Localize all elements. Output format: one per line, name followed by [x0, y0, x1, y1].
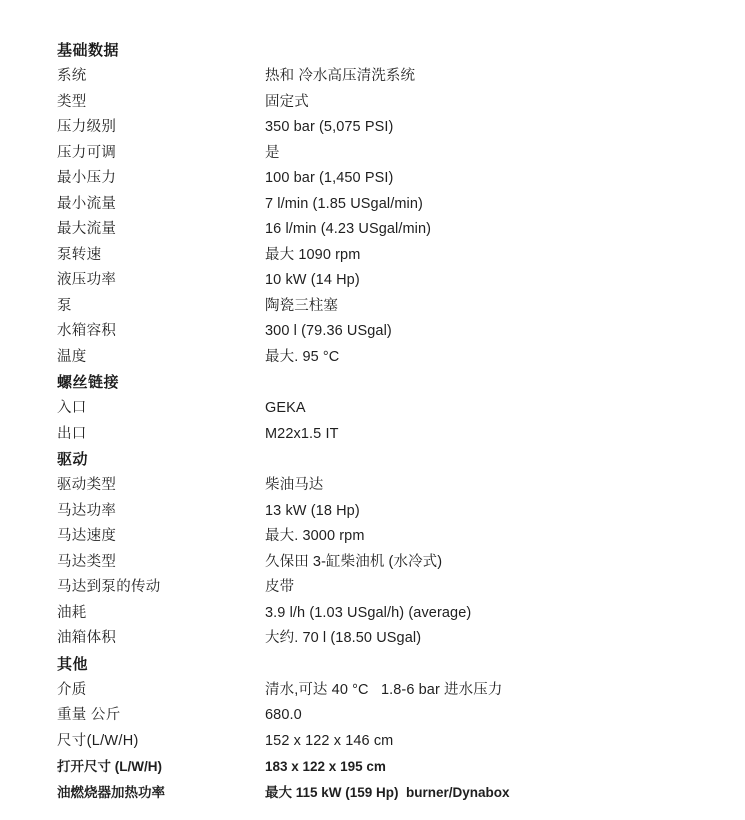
- spec-label: 马达功率: [57, 499, 265, 525]
- spec-value: GEKA: [265, 396, 725, 422]
- spec-label: 泵: [57, 294, 265, 320]
- spec-row: 驱动类型 柴油马达: [57, 473, 725, 499]
- spec-label: 马达速度: [57, 524, 265, 550]
- spec-label: 入口: [57, 396, 265, 422]
- spec-row: 入口 GEKA: [57, 396, 725, 422]
- spec-value: 最大. 95 °C: [265, 345, 725, 371]
- spec-label: 压力级别: [57, 115, 265, 141]
- spec-row: 出口 M22x1.5 IT: [57, 422, 725, 448]
- spec-label: 最小压力: [57, 166, 265, 192]
- spec-label: 马达到泵的传动: [57, 575, 265, 601]
- spec-row: 油耗 3.9 l/h (1.03 USgal/h) (average): [57, 601, 725, 627]
- spec-value: 柴油马达: [265, 473, 725, 499]
- spec-value: 10 kW (14 Hp): [265, 268, 725, 294]
- spec-value: 300 l (79.36 USgal): [265, 319, 725, 345]
- spec-label: 打开尺寸 (L/W/H): [57, 754, 265, 780]
- section-rows: 系统 热和 冷水高压清洗系统 类型 固定式 压力级别 350 bar (5,07…: [57, 64, 725, 370]
- spec-label: 温度: [57, 345, 265, 371]
- spec-section: 基础数据 系统 热和 冷水高压清洗系统 类型 固定式 压力级别 350 bar …: [57, 38, 725, 370]
- spec-row: 马达到泵的传动 皮带: [57, 575, 725, 601]
- spec-value: 3.9 l/h (1.03 USgal/h) (average): [265, 601, 725, 627]
- spec-value: 皮带: [265, 575, 725, 601]
- section-rows: 介质 清水,可达 40 °C 1.8-6 bar 进水压力 重量 公斤 680.…: [57, 678, 725, 806]
- spec-row: 压力可调 是: [57, 141, 725, 167]
- spec-row: 尺寸(L/W/H) 152 x 122 x 146 cm: [57, 729, 725, 755]
- spec-label: 泵转速: [57, 243, 265, 269]
- spec-label: 出口: [57, 422, 265, 448]
- spec-row: 最小压力 100 bar (1,450 PSI): [57, 166, 725, 192]
- spec-sheet: 基础数据 系统 热和 冷水高压清洗系统 类型 固定式 压力级别 350 bar …: [0, 0, 745, 805]
- spec-value: 大约. 70 l (18.50 USgal): [265, 626, 725, 652]
- spec-label: 介质: [57, 678, 265, 704]
- spec-value: M22x1.5 IT: [265, 422, 725, 448]
- spec-label: 最大流量: [57, 217, 265, 243]
- spec-value: 固定式: [265, 90, 725, 116]
- spec-value: 16 l/min (4.23 USgal/min): [265, 217, 725, 243]
- spec-section: 螺丝链接 入口 GEKA 出口 M22x1.5 IT: [57, 370, 725, 447]
- spec-label: 水箱容积: [57, 319, 265, 345]
- spec-row: 系统 热和 冷水高压清洗系统: [57, 64, 725, 90]
- spec-value: 陶瓷三柱塞: [265, 294, 725, 320]
- spec-row: 类型 固定式: [57, 90, 725, 116]
- section-title: 驱动: [57, 447, 725, 473]
- spec-value: 183 x 122 x 195 cm: [265, 754, 725, 780]
- spec-section: 驱动 驱动类型 柴油马达 马达功率 13 kW (18 Hp) 马达速度 最大.…: [57, 447, 725, 652]
- spec-label: 最小流量: [57, 192, 265, 218]
- spec-value: 最大 115 kW (159 Hp) burner/Dynabox: [265, 780, 725, 806]
- spec-value: 热和 冷水高压清洗系统: [265, 64, 725, 90]
- spec-row: 泵转速 最大 1090 rpm: [57, 243, 725, 269]
- spec-row: 液压功率 10 kW (14 Hp): [57, 268, 725, 294]
- spec-label: 类型: [57, 90, 265, 116]
- spec-label: 马达类型: [57, 550, 265, 576]
- spec-value: 清水,可达 40 °C 1.8-6 bar 进水压力: [265, 678, 725, 704]
- spec-value: 13 kW (18 Hp): [265, 499, 725, 525]
- spec-value: 350 bar (5,075 PSI): [265, 115, 725, 141]
- spec-row: 介质 清水,可达 40 °C 1.8-6 bar 进水压力: [57, 678, 725, 704]
- spec-value: 久保田 3-缸柴油机 (水冷式): [265, 550, 725, 576]
- spec-row: 最大流量 16 l/min (4.23 USgal/min): [57, 217, 725, 243]
- spec-row: 压力级别 350 bar (5,075 PSI): [57, 115, 725, 141]
- spec-label: 重量 公斤: [57, 703, 265, 729]
- spec-value: 最大. 3000 rpm: [265, 524, 725, 550]
- spec-section: 其他 介质 清水,可达 40 °C 1.8-6 bar 进水压力 重量 公斤 6…: [57, 652, 725, 806]
- spec-label: 油燃烧器加热功率: [57, 780, 265, 806]
- section-title: 螺丝链接: [57, 370, 725, 396]
- spec-value: 152 x 122 x 146 cm: [265, 729, 725, 755]
- section-title: 其他: [57, 652, 725, 678]
- spec-label: 尺寸(L/W/H): [57, 729, 265, 755]
- spec-value: 100 bar (1,450 PSI): [265, 166, 725, 192]
- spec-value: 是: [265, 141, 725, 167]
- spec-row: 油箱体积 大约. 70 l (18.50 USgal): [57, 626, 725, 652]
- spec-value: 最大 1090 rpm: [265, 243, 725, 269]
- spec-label: 油箱体积: [57, 626, 265, 652]
- spec-label: 压力可调: [57, 141, 265, 167]
- spec-row: 温度 最大. 95 °C: [57, 345, 725, 371]
- spec-row: 马达速度 最大. 3000 rpm: [57, 524, 725, 550]
- spec-row: 马达类型 久保田 3-缸柴油机 (水冷式): [57, 550, 725, 576]
- spec-row: 油燃烧器加热功率 最大 115 kW (159 Hp) burner/Dynab…: [57, 780, 725, 806]
- spec-row: 泵 陶瓷三柱塞: [57, 294, 725, 320]
- section-title: 基础数据: [57, 38, 725, 64]
- spec-row: 打开尺寸 (L/W/H) 183 x 122 x 195 cm: [57, 754, 725, 780]
- spec-label: 系统: [57, 64, 265, 90]
- spec-row: 重量 公斤 680.0: [57, 703, 725, 729]
- spec-row: 水箱容积 300 l (79.36 USgal): [57, 319, 725, 345]
- spec-label: 驱动类型: [57, 473, 265, 499]
- spec-row: 马达功率 13 kW (18 Hp): [57, 499, 725, 525]
- spec-value: 680.0: [265, 703, 725, 729]
- spec-value: 7 l/min (1.85 USgal/min): [265, 192, 725, 218]
- spec-row: 最小流量 7 l/min (1.85 USgal/min): [57, 192, 725, 218]
- section-rows: 入口 GEKA 出口 M22x1.5 IT: [57, 396, 725, 447]
- spec-label: 液压功率: [57, 268, 265, 294]
- spec-label: 油耗: [57, 601, 265, 627]
- section-rows: 驱动类型 柴油马达 马达功率 13 kW (18 Hp) 马达速度 最大. 30…: [57, 473, 725, 652]
